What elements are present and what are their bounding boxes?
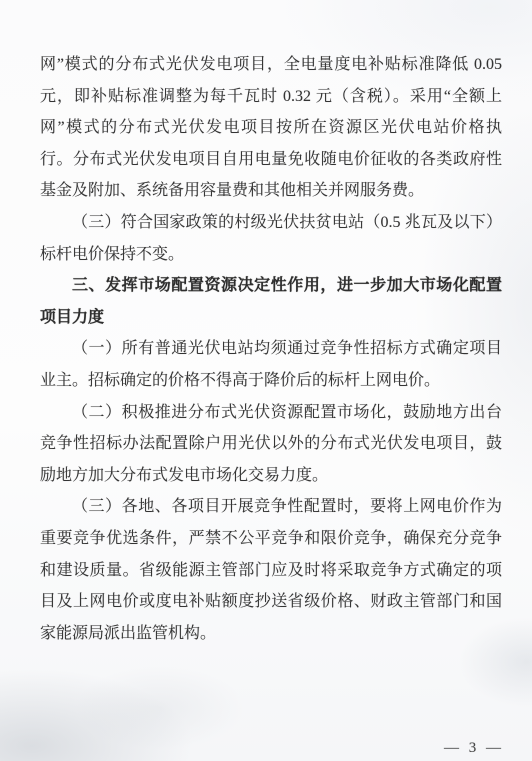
text-line: 目及上网电价或度电补贴额度抄送省级价格、财政主管部门和国: [40, 586, 502, 618]
text-line: 元，即补贴标准调整为每千瓦时 0.32 元（含税）。采用“全额上: [40, 81, 502, 113]
text-line: （三）各地、各项目开展竞争性配置时，要将上网电价作为: [40, 491, 502, 523]
text-line: （二）积极推进分布式光伏资源配置市场化，鼓励地方出台: [40, 397, 502, 429]
text-line: （三）符合国家政策的村级光伏扶贫电站（0.5 兆瓦及以下）: [40, 207, 502, 239]
text-line: 和建设质量。省级能源主管部门应及时将采取竞争方式确定的项: [40, 555, 502, 587]
text-line: 基金及附加、系统备用容量费和其他相关并网服务费。: [40, 175, 502, 207]
section-heading-line: 三、发挥市场配置资源决定性作用，进一步加大市场化配置: [40, 270, 502, 302]
text-line: 重要竞争优选条件，严禁不公平竞争和限价竞争，确保充分竞争: [40, 523, 502, 555]
page-number: — 3 —: [444, 740, 504, 757]
text-line: 网”模式的分布式光伏发电项目，全电量度电补贴标准降低 0.05: [40, 49, 502, 81]
text-line: 标杆电价保持不变。: [40, 239, 502, 271]
section-heading-line: 项目力度: [40, 302, 502, 334]
text-line: 家能源局派出监管机构。: [40, 618, 502, 650]
text-line: 业主。招标确定的价格不得高于降价后的标杆上网电价。: [40, 365, 502, 397]
text-line: 行。分布式光伏发电项目自用电量免收随电价征收的各类政府性: [40, 144, 502, 176]
text-line: 励地方加大分布式发电市场化交易力度。: [40, 460, 502, 492]
text-line: 网”模式的分布式光伏发电项目按所在资源区光伏电站价格执: [40, 112, 502, 144]
document-page: 网”模式的分布式光伏发电项目，全电量度电补贴标准降低 0.05 元，即补贴标准调…: [40, 49, 502, 649]
text-line: 竞争性招标办法配置除户用光伏以外的分布式光伏发电项目，鼓: [40, 428, 502, 460]
text-line: （一）所有普通光伏电站均须通过竞争性招标方式确定项目: [40, 333, 502, 365]
